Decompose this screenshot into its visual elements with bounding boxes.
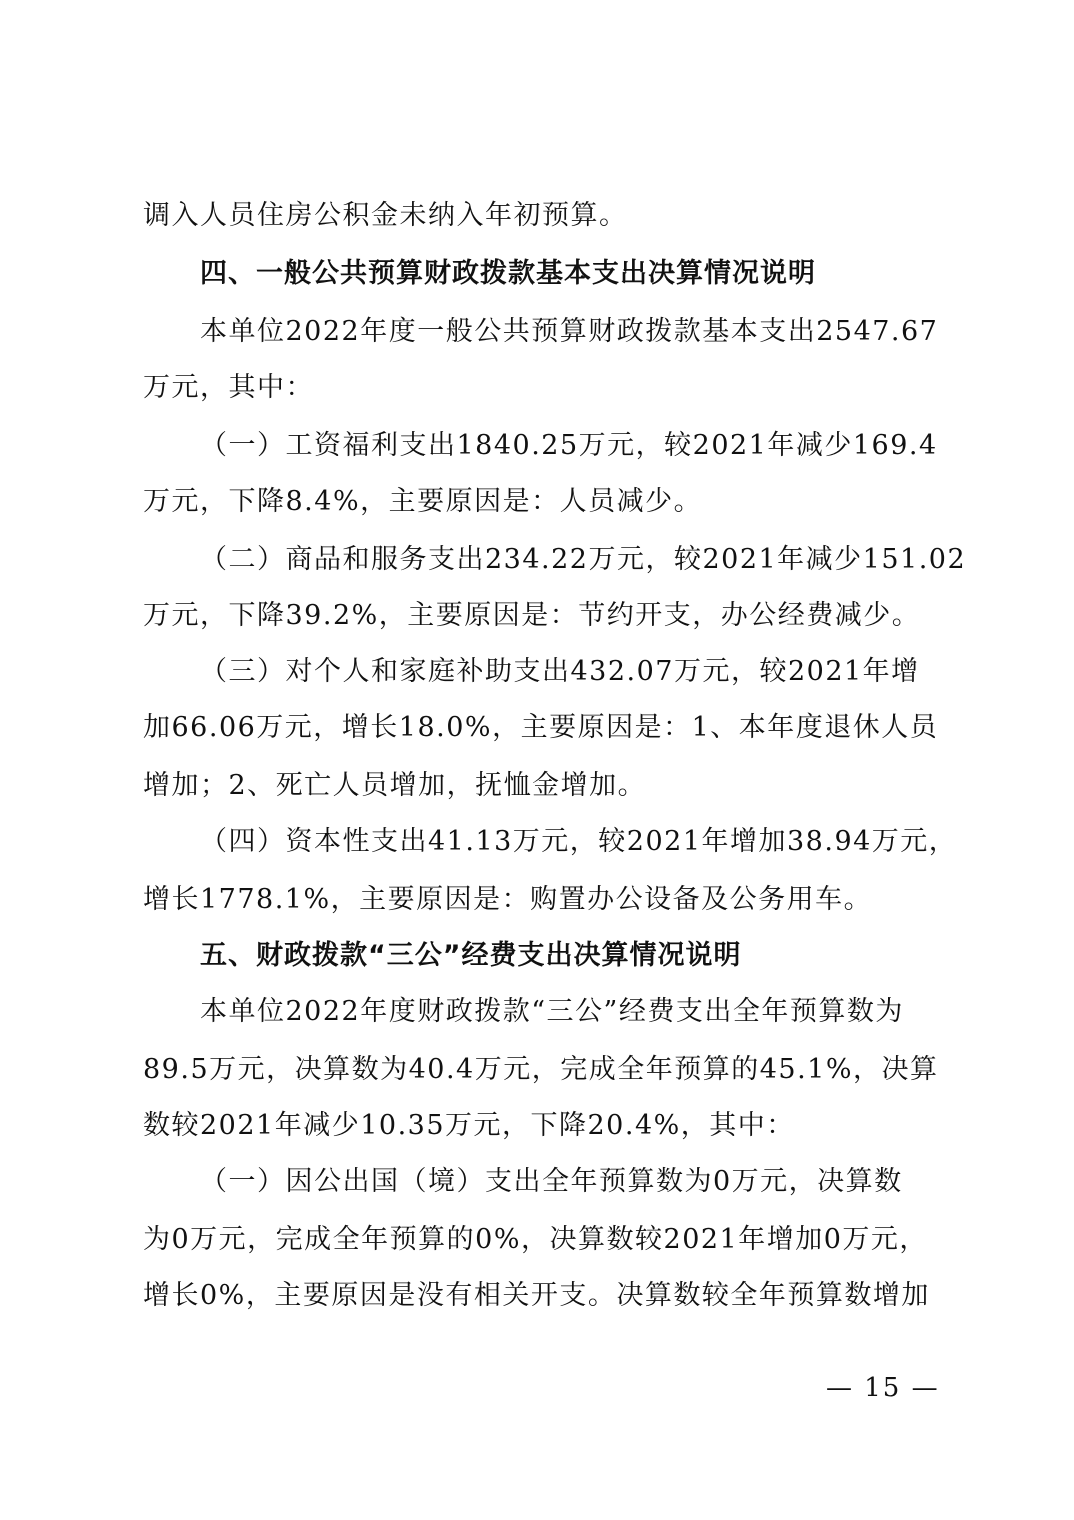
section-heading-5: 五、财政拨款“三公”经费支出决算情况说明 <box>200 938 990 974</box>
page-number: — 15 — <box>826 1371 940 1405</box>
body-text-line: 增长1778.1%，主要原因是：购置办公设备及公务用车。 <box>143 882 933 918</box>
body-text-line: 本单位2022年度财政拨款“三公”经费支出全年预算数为 <box>200 994 990 1030</box>
body-text-line: 增长0%，主要原因是没有相关开支。决算数较全年预算数增加 <box>143 1278 933 1314</box>
body-text-line: 万元，下降8.4%，主要原因是：人员减少。 <box>143 484 933 520</box>
body-text-line: 万元，下降39.2%，主要原因是：节约开支，办公经费减少。 <box>143 598 933 634</box>
body-text-line: 89.5万元，决算数为40.4万元，完成全年预算的45.1%，决算 <box>143 1052 933 1088</box>
body-text-line: （四）资本性支出41.13万元，较2021年增加38.94万元， <box>200 824 990 860</box>
body-text-line: 为0万元，完成全年预算的0%，决算数较2021年增加0万元， <box>143 1222 933 1258</box>
body-text-line: （三）对个人和家庭补助支出432.07万元，较2021年增 <box>200 654 990 690</box>
section-heading-4: 四、一般公共预算财政拨款基本支出决算情况说明 <box>200 256 990 292</box>
body-text-line: 加66.06万元，增长18.0%，主要原因是：1、本年度退休人员 <box>143 710 933 746</box>
body-text-line: （一）工资福利支出1840.25万元，较2021年减少169.4 <box>200 428 990 464</box>
document-page: 调入人员住房公积金未纳入年初预算。 四、一般公共预算财政拨款基本支出决算情况说明… <box>0 0 1074 1520</box>
body-text-line: （二）商品和服务支出234.22万元，较2021年减少151.02 <box>200 542 990 578</box>
body-text-line: 数较2021年减少10.35万元，下降20.4%，其中： <box>143 1108 933 1144</box>
body-text-line: 万元，其中： <box>143 370 933 406</box>
body-text-line: 调入人员住房公积金未纳入年初预算。 <box>143 198 933 234</box>
body-text-line: 增加；2、死亡人员增加，抚恤金增加。 <box>143 768 933 804</box>
body-text-line: 本单位2022年度一般公共预算财政拨款基本支出2547.67 <box>200 314 990 350</box>
body-text-line: （一）因公出国（境）支出全年预算数为0万元，决算数 <box>200 1164 990 1200</box>
